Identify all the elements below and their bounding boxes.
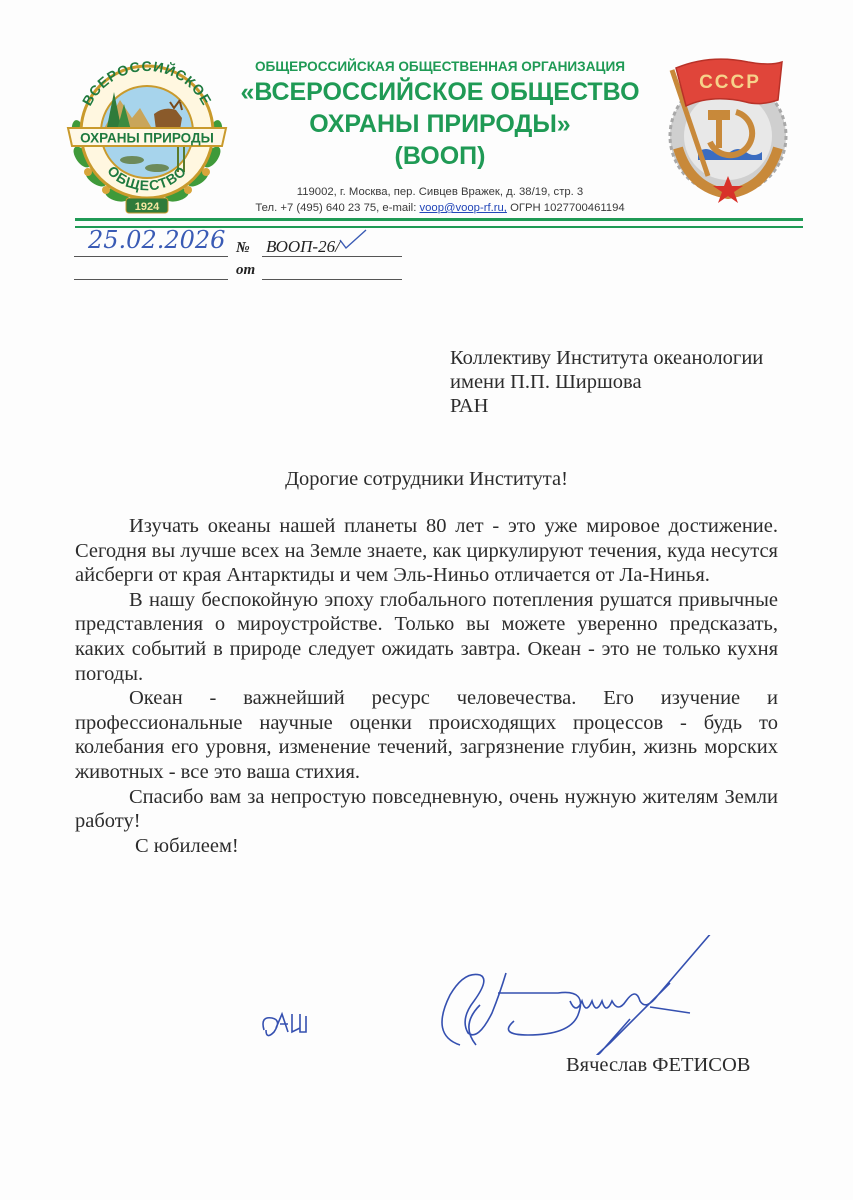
voop-emblem-logo: ВСЕРОССИЙСКОЕ ОБЩЕСТВО ОХРАНЫ ПРИРОДЫ 19… [62, 52, 232, 217]
organization-name-line2: ОХРАНЫ ПРИРОДЫ» [240, 108, 640, 140]
phone: Тел. +7 (495) 640 23 75, e-mail: [255, 202, 419, 214]
organization-type: ОБЩЕРОССИЙСКАЯ ОБЩЕСТВЕННАЯ ОРГАНИЗАЦИЯ [240, 58, 640, 76]
header-divider-top [75, 218, 803, 221]
addressee-line-3: РАН [450, 394, 763, 418]
addressee-block: Коллективу Института океанологии имени П… [450, 346, 763, 418]
from-line [262, 279, 402, 280]
handwritten-signature-icon [420, 935, 760, 1055]
from-label: от [236, 262, 255, 279]
addressee-line-1: Коллективу Института океанологии [450, 346, 763, 370]
checkmark-icon [338, 228, 368, 250]
paragraph-4: Спасибо вам за непростую повседневную, о… [75, 785, 778, 834]
organization-header: ОБЩЕРОССИЙСКАЯ ОБЩЕСТВЕННАЯ ОРГАНИЗАЦИЯ … [240, 58, 640, 172]
organization-name-line1: «ВСЕРОССИЙСКОЕ ОБЩЕСТВО [240, 76, 640, 108]
paragraph-3: Океан - важнейший ресурс человечества. Е… [75, 686, 778, 784]
initials-scribble-icon [258, 1000, 338, 1050]
addressee-line-2: имени П.П. Ширшова [450, 370, 763, 394]
second-date-line [74, 279, 228, 280]
paragraph-2: В нашу беспокойную эпоху глобального пот… [75, 588, 778, 686]
number-line [262, 256, 402, 257]
paragraph-1: Изучать океаны нашей планеты 80 лет - эт… [75, 514, 778, 588]
document-number: ВООП-26/ [266, 237, 340, 257]
number-label: № [236, 240, 250, 257]
letter-body: Изучать океаны нашей планеты 80 лет - эт… [75, 514, 778, 858]
email-link[interactable]: voop@voop-rf.ru, [419, 202, 506, 214]
signatory-name: Вячеслав ФЕТИСОВ [566, 1054, 750, 1077]
date-line [74, 256, 228, 257]
svg-text:1924: 1924 [135, 201, 160, 213]
postal-address: 119002, г. Москва, пер. Сивцев Вражек, д… [240, 184, 640, 200]
organization-abbreviation: (ВООП) [240, 140, 640, 172]
organization-contacts: 119002, г. Москва, пер. Сивцев Вражек, д… [240, 184, 640, 216]
ogrn: ОГРН 1027700461194 [507, 202, 625, 214]
salutation: Дорогие сотрудники Института! [0, 468, 853, 491]
ussr-order-emblem: СССР [650, 48, 805, 206]
svg-text:СССР: СССР [699, 72, 761, 93]
svg-text:ОХРАНЫ ПРИРОДЫ: ОХРАНЫ ПРИРОДЫ [80, 131, 214, 146]
closing-wish: С юбилеем! [75, 834, 778, 859]
contact-line: Тел. +7 (495) 640 23 75, e-mail: voop@vo… [240, 200, 640, 216]
handwritten-date: 25.02.2026 [88, 226, 225, 254]
